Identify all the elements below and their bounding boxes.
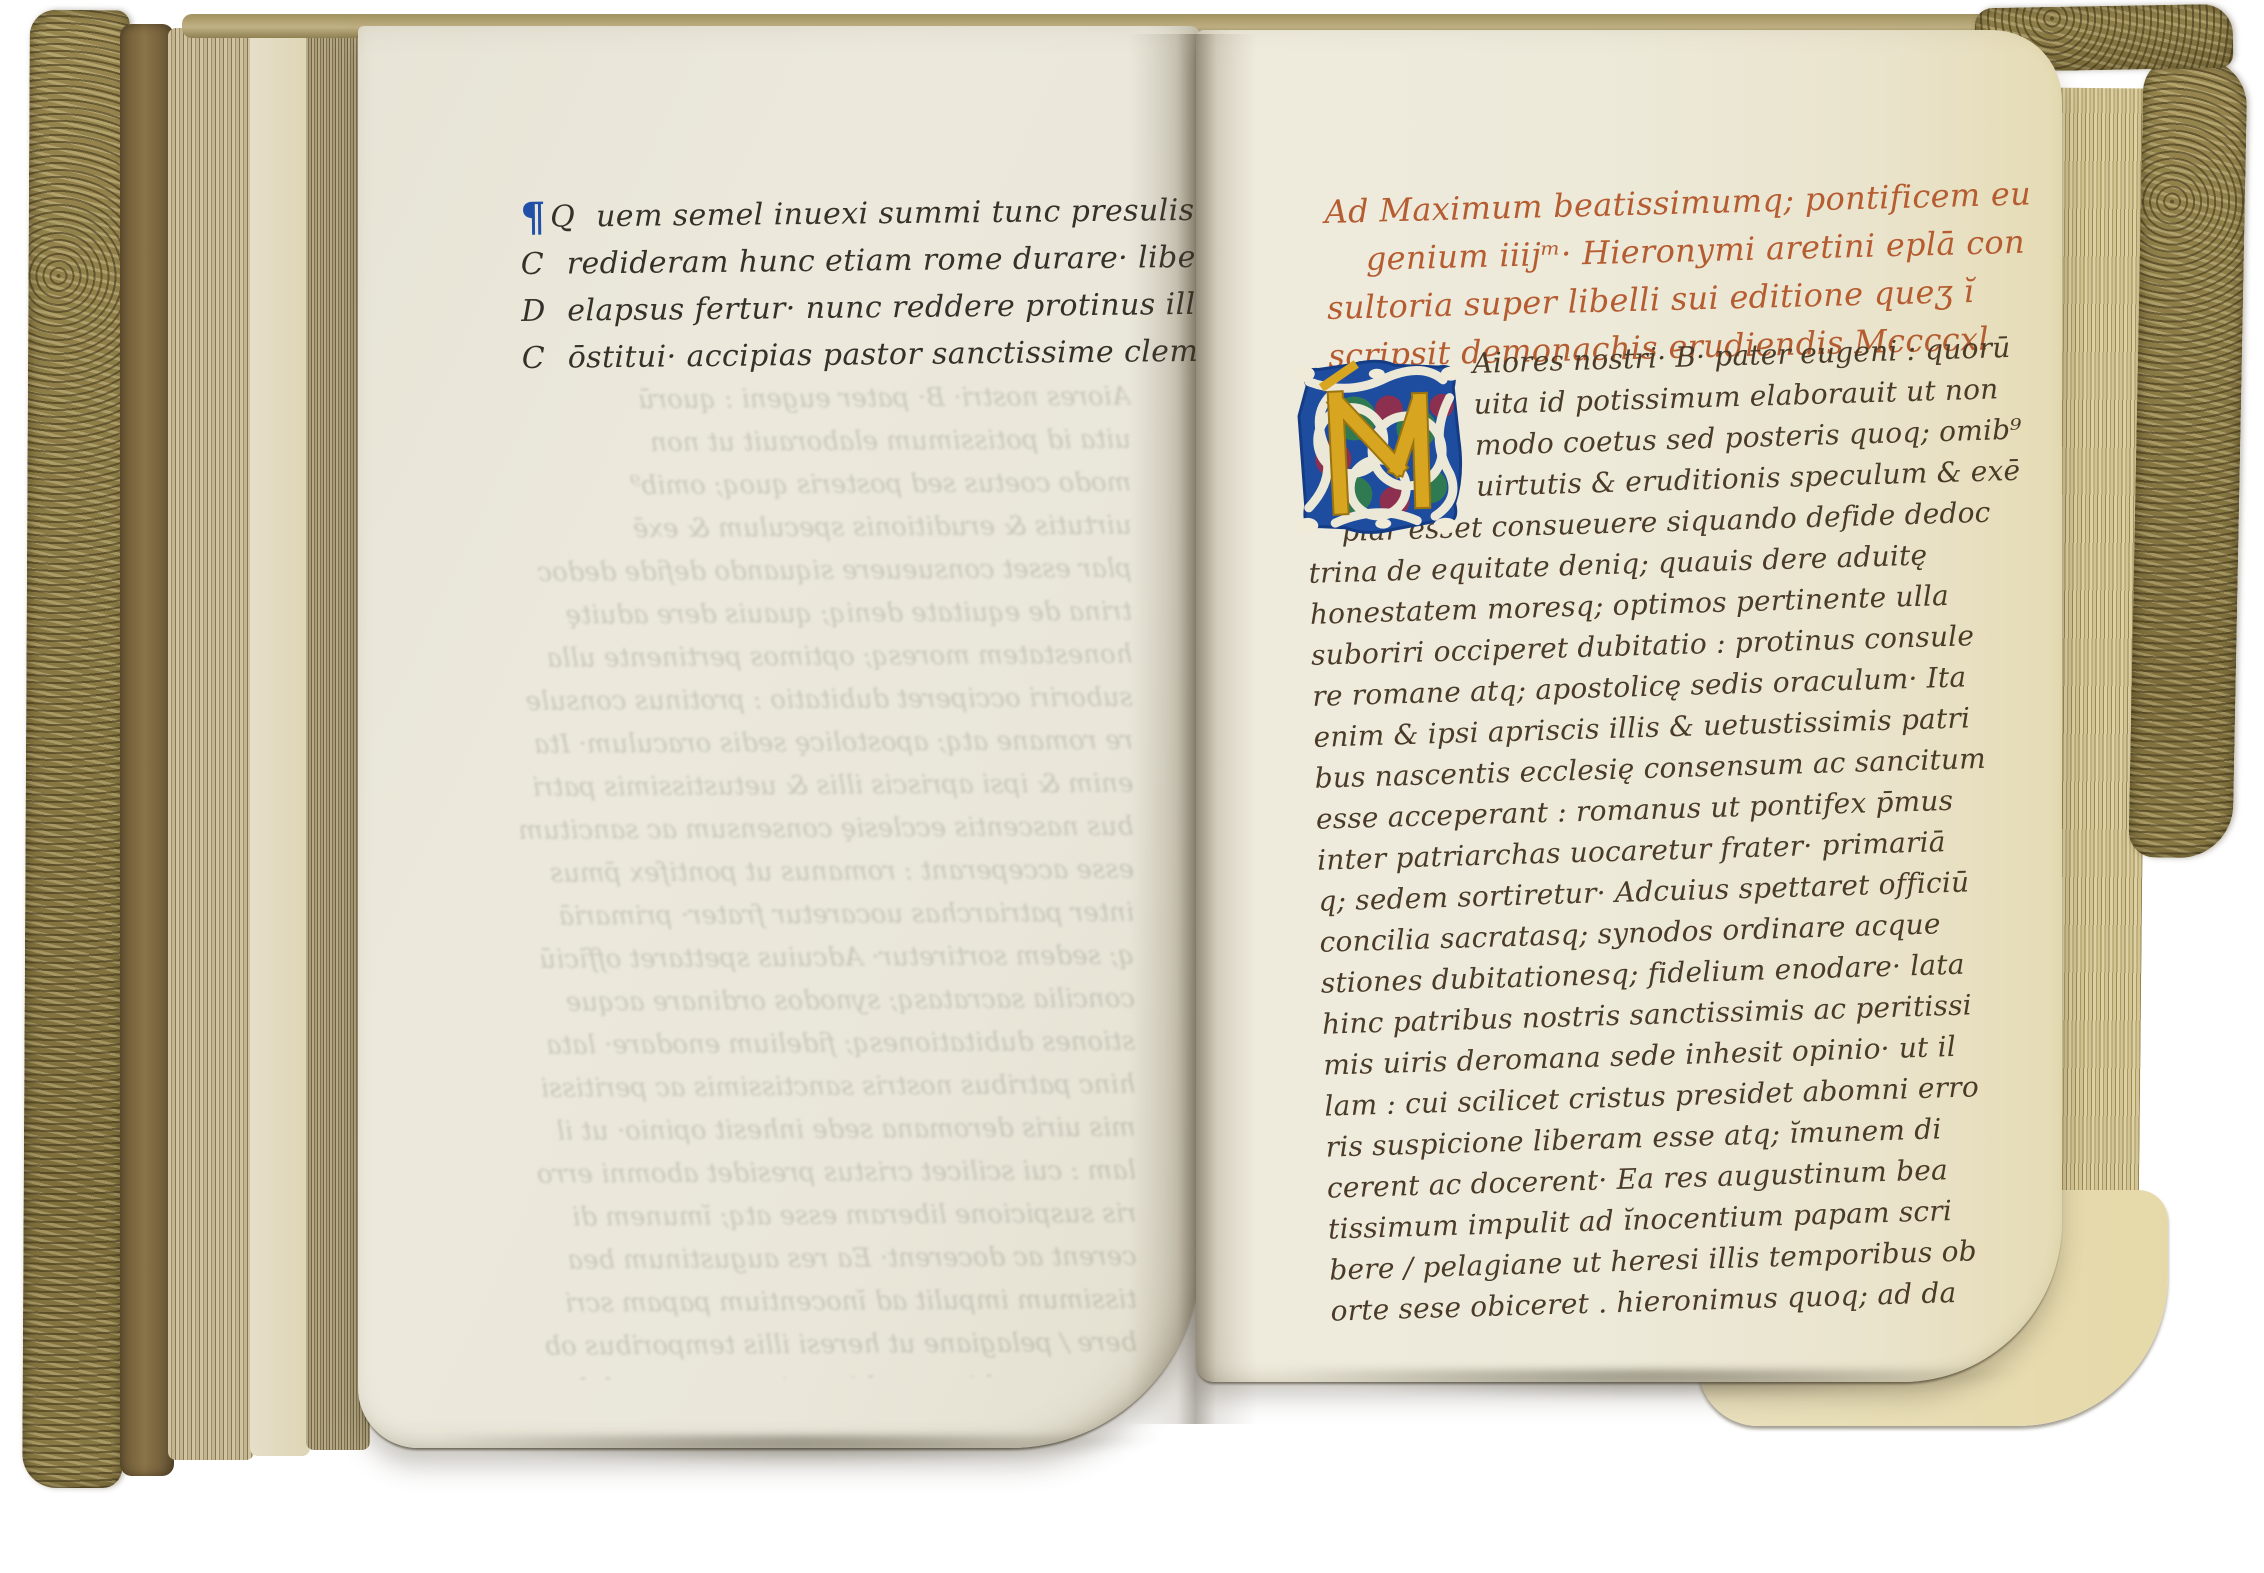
showthrough-line: trina de equitate deniq; quauis dere adu… — [452, 591, 1132, 639]
showthrough-line: q; sedem sortiretur· Adcuius spettaret o… — [454, 935, 1134, 983]
verse-line: Credideram hunc etiam rome durare· libel… — [520, 233, 1300, 288]
showthrough-line: suboriri occiperet dubitatio : protinus … — [453, 677, 1133, 725]
showthrough-line: mis uiris deromana sede inhesit opinio· … — [456, 1107, 1136, 1155]
showthrough-line: modo coetus sed posteris quoq; omib⁹ — [451, 462, 1131, 510]
verse-initial-capital: D — [521, 288, 555, 335]
showthrough-line: bus nascentis ecclesię consensum ac sanc… — [454, 806, 1134, 854]
right-page: Ad Maximum beatissimumq; pontificem euge… — [1196, 30, 2062, 1382]
showthrough-line: ris suspicione liberam esse atq; ĭmunem … — [456, 1193, 1136, 1241]
verse-initial-capital: C — [520, 241, 554, 288]
verse-line-text: uem semel inuexi summi tunc presulis aul… — [596, 192, 1300, 234]
blue-pilcrow-mark: ¶ — [520, 194, 546, 241]
verse-line-text: redideram hunc etiam rome durare· libell… — [567, 239, 1263, 281]
verse-initial-capital: C — [521, 335, 555, 382]
showthrough-line: inter patriarchas uocaretur frater· prim… — [454, 892, 1134, 940]
left-page-edges-outer — [168, 28, 254, 1460]
showthrough-line: uita id potissimum elaborauit ut non — [451, 419, 1131, 467]
showthrough-line: concilia sacratasq; synodos ordinare acq… — [455, 978, 1135, 1026]
verse-line: Cōstitui· accipias pastor sanctissime cl… — [521, 327, 1301, 382]
showthrough-line: uirtutis & eruditionis speculum & exē — [451, 505, 1131, 553]
verse-line-text: elapsus fertur· nunc reddere protinus il… — [567, 286, 1244, 328]
verse-text-block: ¶Quem semel inuexi summi tunc presulis a… — [520, 186, 1301, 382]
showthrough-line: lam : cui scilicet cristus presidet abom… — [456, 1150, 1136, 1198]
showthrough-line: esse acceperant : romanus ut pontifex p̄… — [454, 849, 1134, 897]
right-cover-tooled-edge — [2128, 57, 2247, 859]
showthrough-line: hinc patribus nostris sanctissimis ac pe… — [455, 1064, 1135, 1112]
manuscript-photo: Aiores nostri· B· pater eugeni : quorūui… — [0, 0, 2264, 1573]
illuminated-initial-icon — [1290, 353, 1469, 540]
showthrough-line: cerent ac docerent· Ea res augustinum be… — [457, 1236, 1137, 1284]
verse-line-text: ōstitui· accipias pastor sanctissime cle… — [568, 333, 1263, 375]
verse-line: ¶Quem semel inuexi summi tunc presulis a… — [520, 186, 1300, 241]
showthrough-line: honestatem moresq; optimos pertinente ul… — [452, 634, 1132, 682]
showthrough-line: Aiores nostri· B· pater eugeni : quorū — [451, 376, 1131, 424]
showthrough-line: plar esset consueuere siquando defide de… — [452, 548, 1132, 596]
showthrough-line: enim & ipsi apriscis illis & uetustissim… — [453, 763, 1133, 811]
verso-showthrough-text: Aiores nostri· B· pater eugeni : quorūui… — [451, 376, 1138, 1381]
showthrough-line: stiones dubitationesq; fidelium enodare·… — [455, 1021, 1135, 1069]
left-cover-tooled-edge — [22, 10, 130, 1489]
showthrough-line: bere / pelagiane ut heresi illis tempori… — [457, 1322, 1137, 1370]
left-board-inner-edge — [120, 24, 174, 1476]
verse-initial-capital: Q — [550, 193, 584, 240]
verse-line: Delapsus fertur· nunc reddere protinus i… — [521, 280, 1301, 335]
left-page: Aiores nostri· B· pater eugeni : quorūui… — [358, 26, 1200, 1448]
showthrough-line: re romane atq; apostolicę sedis oraculum… — [453, 720, 1133, 768]
left-page-edges-cream — [250, 30, 310, 1456]
showthrough-line: tissimum impulit ad ĭnocentium papam scr… — [457, 1279, 1137, 1327]
main-text-block: M Aiores nostri· B· pater eugeni : quorū… — [1302, 327, 2048, 1332]
